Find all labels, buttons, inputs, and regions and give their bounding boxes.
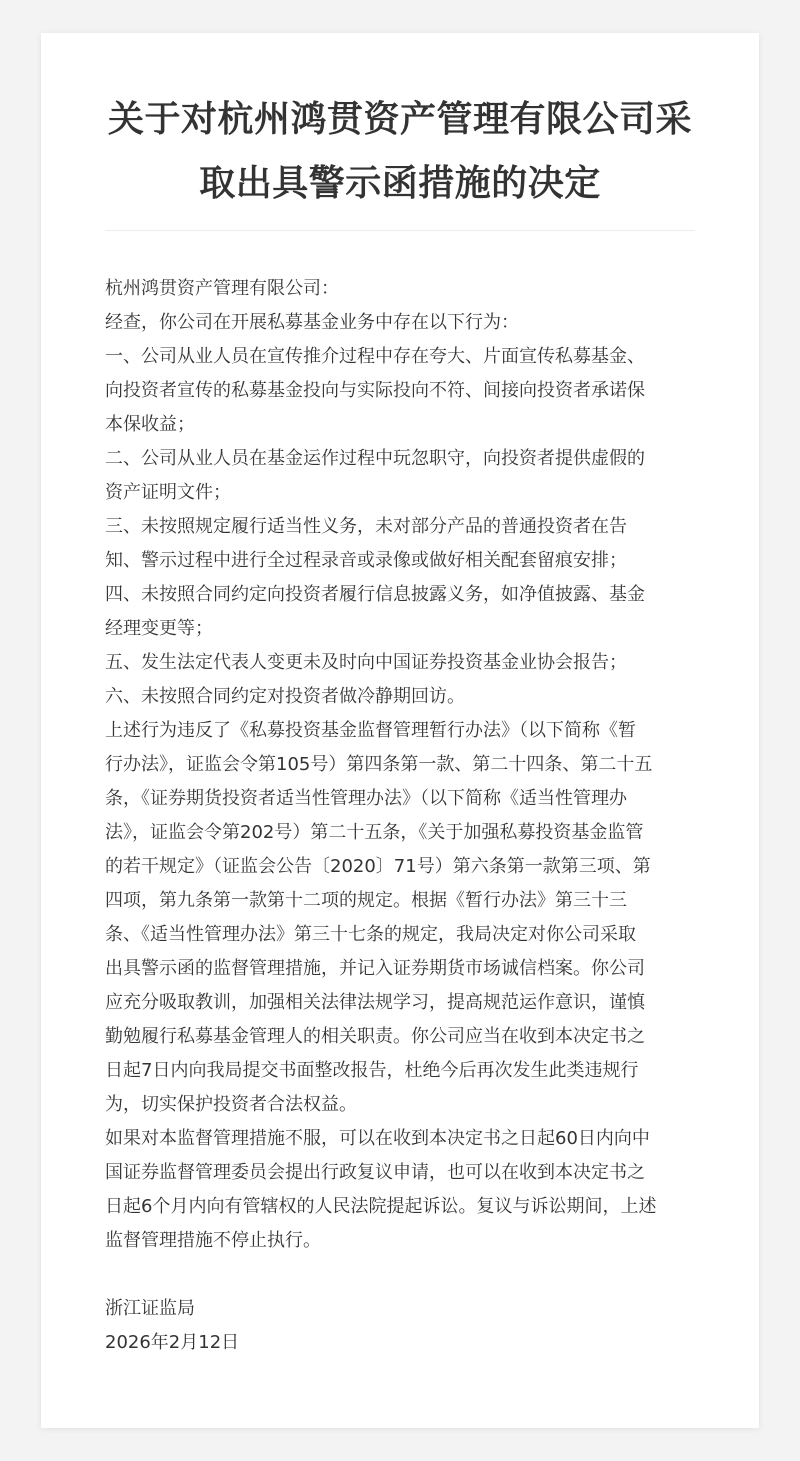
finding-line: 向投资者宣传的私募基金投向与实际投向不符、间接向投资者承诺保 [105,374,695,408]
decision-line: 条、《适当性管理办法》第三十七条的规定，我局决定对你公司采取 [105,918,695,952]
intro-paragraph: 经查，你公司在开展私募基金业务中存在以下行为： [105,306,695,340]
title-line: 关于对杭州鸿贯资产管理有限公司采 [105,88,695,152]
appeal-line: 监督管理措施不停止执行。 [105,1224,695,1258]
finding-line: 二、公司从业人员在基金运作过程中玩忽职守，向投资者提供虚假的 [105,442,695,476]
decision-paragraph: 上述行为违反了《私募投资基金监督管理暂行办法》（以下简称《暂 行办法》，证监会令… [105,714,695,1122]
finding-line: 知、警示过程中进行全过程录音或录像或做好相关配套留痕安排； [105,544,695,578]
decision-line: 的若干规定》（证监会公告〔2020〕71号）第六条第一款第三项、第 [105,850,695,884]
finding-line: 经理变更等； [105,612,695,646]
finding-3: 三、未按照规定履行适当性义务，未对部分产品的普通投资者在告 知、警示过程中进行全… [105,510,695,578]
issue-date: 2026年2月12日 [105,1326,695,1360]
decision-line: 勤勉履行私募基金管理人的相关职责。你公司应当在收到本决定书之 [105,1020,695,1054]
finding-line: 四、未按照合同约定向投资者履行信息披露义务，如净值披露、基金 [105,578,695,612]
finding-5: 五、发生法定代表人变更未及时向中国证券投资基金业协会报告； [105,646,695,680]
document-title: 关于对杭州鸿贯资产管理有限公司采 取出具警示函措施的决定 [105,33,695,216]
decision-line: 上述行为违反了《私募投资基金监督管理暂行办法》（以下简称《暂 [105,714,695,748]
decision-line: 法》，证监会令第202号）第二十五条，《关于加强私募投资基金监管 [105,816,695,850]
decision-line: 日起7日内向我局提交书面整改报告，杜绝今后再次发生此类违规行 [105,1054,695,1088]
decision-line: 四项，第九条第一款第十二项的规定。根据《暂行办法》第三十三 [105,884,695,918]
finding-1: 一、公司从业人员在宣传推介过程中存在夸大、片面宣传私募基金、 向投资者宣传的私募… [105,340,695,442]
signature-block: 浙江证监局 2026年2月12日 [105,1292,695,1360]
finding-2: 二、公司从业人员在基金运作过程中玩忽职守，向投资者提供虚假的 资产证明文件； [105,442,695,510]
decision-line: 应充分吸取教训，加强相关法律法规学习，提高规范运作意识，谨慎 [105,986,695,1020]
document-card: 关于对杭州鸿贯资产管理有限公司采 取出具警示函措施的决定 杭州鸿贯资产管理有限公… [41,33,759,1428]
finding-4: 四、未按照合同约定向投资者履行信息披露义务，如净值披露、基金 经理变更等； [105,578,695,646]
finding-line: 资产证明文件； [105,476,695,510]
finding-line: 五、发生法定代表人变更未及时向中国证券投资基金业协会报告； [105,646,695,680]
title-line: 取出具警示函措施的决定 [105,152,695,216]
decision-line: 为，切实保护投资者合法权益。 [105,1088,695,1122]
issuer-name: 浙江证监局 [105,1292,695,1326]
appeal-line: 日起6个月内向有管辖权的人民法院提起诉讼。复议与诉讼期间，上述 [105,1190,695,1224]
finding-6: 六、未按照合同约定对投资者做冷静期回访。 [105,680,695,714]
decision-line: 行办法》，证监会令第105号）第四条第一款、第二十四条、第二十五 [105,748,695,782]
document-body: 杭州鸿贯资产管理有限公司： 经查，你公司在开展私募基金业务中存在以下行为： 一、… [105,272,695,1258]
finding-line: 三、未按照规定履行适当性义务，未对部分产品的普通投资者在告 [105,510,695,544]
addressee: 杭州鸿贯资产管理有限公司： [105,272,695,306]
finding-line: 一、公司从业人员在宣传推介过程中存在夸大、片面宣传私募基金、 [105,340,695,374]
appeal-line: 国证券监督管理委员会提出行政复议申请，也可以在收到本决定书之 [105,1156,695,1190]
title-divider [105,230,695,231]
finding-line: 六、未按照合同约定对投资者做冷静期回访。 [105,680,695,714]
appeal-paragraph: 如果对本监督管理措施不服，可以在收到本决定书之日起60日内向中 国证券监督管理委… [105,1122,695,1258]
finding-line: 本保收益； [105,408,695,442]
decision-line: 出具警示函的监督管理措施，并记入证券期货市场诚信档案。你公司 [105,952,695,986]
addressee-line: 杭州鸿贯资产管理有限公司： [105,272,695,306]
appeal-line: 如果对本监督管理措施不服，可以在收到本决定书之日起60日内向中 [105,1122,695,1156]
intro-line: 经查，你公司在开展私募基金业务中存在以下行为： [105,306,695,340]
decision-line: 条，《证券期货投资者适当性管理办法》（以下简称《适当性管理办 [105,782,695,816]
